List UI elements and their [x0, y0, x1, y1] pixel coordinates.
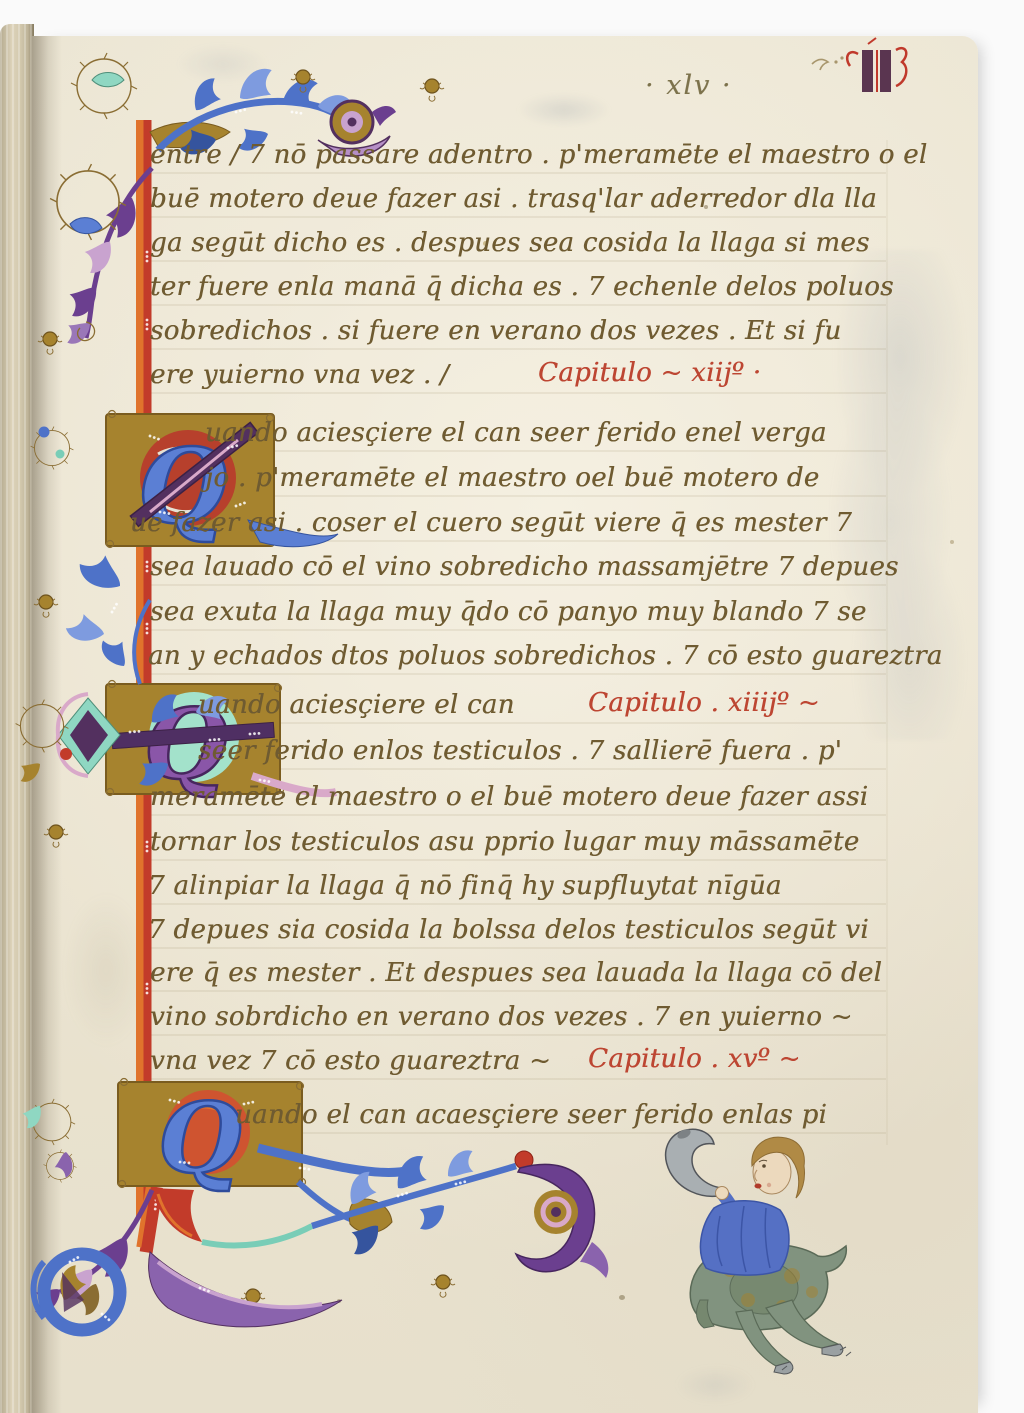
text-line: sobredichos . si fuere en verano dos vez…: [150, 316, 841, 352]
wire-roundels-top: [31, 53, 137, 469]
bottom-roundel: [34, 1254, 121, 1330]
figure-tunic: [700, 1201, 789, 1275]
text-line: uando el can acaesçiere seer ferido enla…: [235, 1100, 827, 1136]
text-line: meramēte el maestro o el buē motero deue…: [150, 782, 868, 818]
text-line: an y echados dtos poluos sobredichos . 7…: [148, 641, 943, 677]
text-line: 7 alinpiar la llaga q̄ nō finq̄ hy supfl…: [148, 871, 782, 907]
line-text: uando aciesçiere el can seer ferido enel…: [205, 418, 827, 448]
text-line: ere yuierno vna vez . /Capitulo ~ xiijº …: [150, 360, 449, 396]
line-text: sobredichos . si fuere en verano dos vez…: [150, 316, 841, 346]
line-text: uando aciesçiere el can: [198, 690, 515, 720]
line-text: entre / 7 nō passare adentro . p'meramēt…: [150, 140, 927, 170]
text-line: entre / 7 nō passare adentro . p'meramēt…: [150, 140, 927, 176]
line-text: vino sobrdicho en verano dos vezes . 7 e…: [150, 1002, 853, 1032]
text-line: vino sobrdicho en verano dos vezes . 7 e…: [150, 1002, 853, 1038]
line-text: ga segūt dicho es . despues sea cosida l…: [150, 228, 870, 258]
chapter-rubric: Capitulo . xvº ~: [588, 1044, 801, 1074]
line-text: sea exuta la llaga muy q̄do cō panyo muy…: [150, 597, 867, 627]
text-line: ter fuere enla manā q̄ dicha es . 7 eche…: [150, 272, 894, 308]
line-text: vna vez 7 cō esto guareztra ~: [150, 1046, 551, 1076]
text-line: ue fazer asi . coser el cuero segūt vier…: [130, 508, 852, 544]
horn-icon: [666, 1127, 722, 1196]
text-line: seer ferido enlos testiculos . 7 sallier…: [198, 736, 842, 772]
line-text: 7 depues sia cosida la bolssa delos test…: [148, 915, 869, 945]
text-line: vna vez 7 cō esto guareztra ~Capitulo . …: [150, 1046, 551, 1082]
text-line: ere q̄ es mester . Et despues sea lauada…: [150, 958, 882, 994]
quire-numeral: [812, 38, 906, 92]
line-text: seer ferido enlos testiculos . 7 sallier…: [198, 736, 842, 766]
text-line: sea exuta la llaga muy q̄do cō panyo muy…: [150, 597, 867, 633]
line-text: buē motero deue fazer asi . trasq'lar ad…: [150, 184, 877, 214]
horn-blower-figure: [666, 1127, 851, 1374]
line-text: ere q̄ es mester . Et despues sea lauada…: [150, 958, 882, 988]
line-text: tornar los testiculos asu pprio lugar mu…: [150, 827, 859, 857]
line-text: ter fuere enla manā q̄ dicha es . 7 eche…: [150, 272, 894, 302]
chapter-rubric: Capitulo ~ xiijº ·: [538, 358, 761, 388]
folio-number: · xlv ·: [645, 70, 732, 101]
text-line: ga segūt dicho es . despues sea cosida l…: [150, 228, 870, 264]
leaf-cluster-left: [16, 694, 120, 783]
text-line: uando aciesçiere el can seer ferido enel…: [205, 418, 827, 454]
text-line: 7 depues sia cosida la bolssa delos test…: [148, 915, 869, 951]
figure-hand: [716, 1187, 729, 1200]
text-line: tornar los testiculos asu pprio lugar mu…: [150, 827, 859, 863]
text-line: buē motero deue fazer asi . trasq'lar ad…: [150, 184, 877, 220]
text-line: jo . p'meramēte el maestro oel buē moter…: [205, 463, 819, 499]
text-line: sea lauado cō el vino sobredicho massamj…: [150, 552, 899, 588]
photograph-background: Q Q: [0, 0, 1024, 1413]
line-text: an y echados dtos poluos sobredichos . 7…: [148, 641, 943, 671]
line-text: ue fazer asi . coser el cuero segūt vier…: [130, 508, 852, 538]
chapter-rubric: Capitulo . xiiijº ~: [588, 688, 820, 718]
line-text: ere yuierno vna vez . /: [150, 360, 449, 390]
line-text: jo . p'meramēte el maestro oel buē moter…: [205, 463, 819, 493]
line-text: sea lauado cō el vino sobredicho massamj…: [150, 552, 899, 582]
text-line: uando aciesçiere el canCapitulo . xiiijº…: [198, 690, 515, 726]
line-text: 7 alinpiar la llaga q̄ nō finq̄ hy supfl…: [148, 871, 782, 901]
line-text: meramēte el maestro o el buē motero deue…: [150, 782, 868, 812]
wire-roundels-bottom: [20, 1099, 79, 1183]
line-text: uando el can acaesçiere seer ferido enla…: [235, 1100, 827, 1130]
